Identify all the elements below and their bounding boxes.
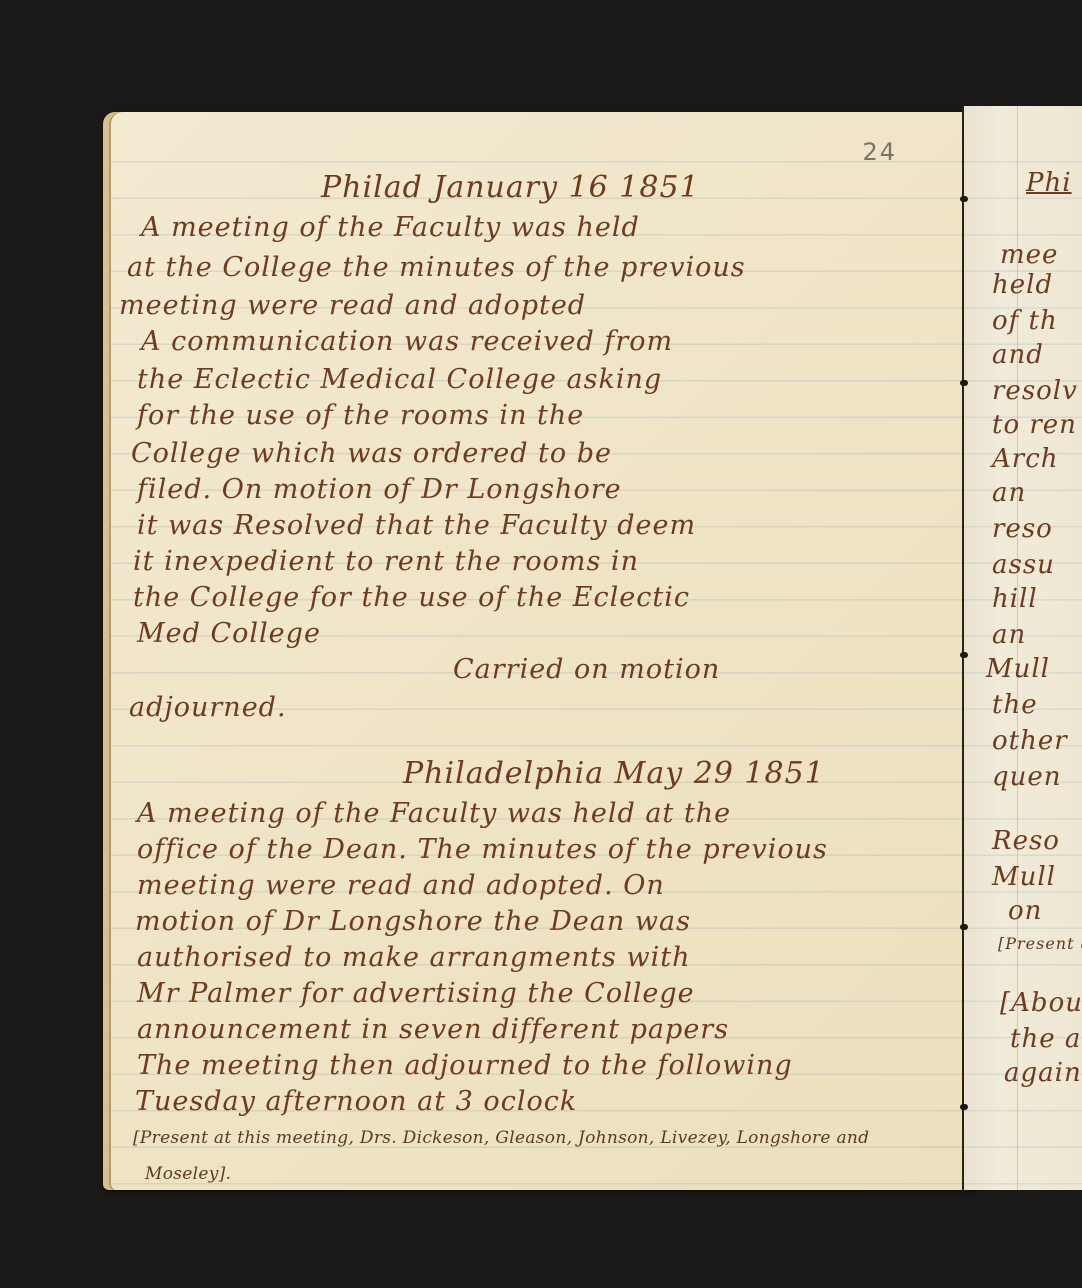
text-line: office of the Dean. The minutes of the p…: [137, 834, 828, 865]
text-fragment: hill: [992, 584, 1038, 614]
text-line: Tuesday afternoon at 3 oclock: [135, 1086, 577, 1117]
text-line: it inexpedient to rent the rooms in: [133, 546, 639, 577]
attendance-note: Moseley].: [145, 1164, 231, 1184]
text-fragment: held: [992, 270, 1053, 300]
binding-hole: [960, 652, 968, 658]
binding-hole: [960, 380, 968, 386]
text-fragment: [About: [1000, 988, 1082, 1018]
text-line: filed. On motion of Dr Longshore: [137, 474, 622, 505]
text-fragment: assu: [992, 550, 1055, 580]
text-fragment: the a: [1010, 1024, 1081, 1054]
text-line: A communication was received from: [141, 326, 673, 357]
text-fragment: on: [1008, 896, 1042, 926]
text-fragment: an: [992, 478, 1026, 508]
text-line: Med College: [137, 618, 321, 649]
text-line: motion of Dr Longshore the Dean was: [135, 906, 691, 937]
text-fragment: other: [992, 726, 1068, 756]
text-line: authorised to make arrangments with: [137, 942, 690, 973]
text-fragment: Mull: [992, 862, 1056, 892]
text-line: meeting were read and adopted. On: [137, 870, 665, 901]
right-page: Phi mee held of th and resolv to ren Arc…: [962, 106, 1082, 1190]
text-fragment: reso: [992, 514, 1053, 544]
text-fragment: quen: [992, 762, 1062, 792]
text-fragment: Reso: [992, 826, 1060, 856]
text-fragment: the: [992, 690, 1038, 720]
binding-hole: [960, 196, 968, 202]
text-line: A meeting of the Faculty was held at the: [137, 798, 731, 829]
text-line: adjourned.: [129, 692, 287, 723]
entry-heading-may-1851: Philadelphia May 29 1851: [403, 756, 825, 791]
right-heading-fragment: Phi: [1026, 168, 1072, 198]
text-line: Carried on motion: [453, 654, 720, 685]
text-fragment: of th: [992, 306, 1058, 336]
text-line: The meeting then adjourned to the follow…: [137, 1050, 793, 1081]
note-fragment: [Present a: [998, 934, 1082, 953]
text-line: the College for the use of the Eclectic: [133, 582, 690, 613]
text-fragment: to ren: [992, 410, 1077, 440]
text-fragment: an: [992, 620, 1026, 650]
text-line: College which was ordered to be: [131, 438, 612, 469]
text-fragment: mee: [1000, 240, 1058, 270]
text-line: the Eclectic Medical College asking: [137, 364, 662, 395]
entry-heading-jan-1851: Philad January 16 1851: [321, 170, 700, 205]
text-line: meeting were read and adopted: [119, 290, 586, 321]
text-line: announcement in seven different papers: [137, 1014, 729, 1045]
text-line: for the use of the rooms in the: [137, 400, 584, 431]
text-line: A meeting of the Faculty was held: [141, 212, 640, 243]
text-line: Mr Palmer for advertising the College: [137, 978, 695, 1009]
text-line: at the College the minutes of the previo…: [127, 252, 746, 283]
attendance-note: [Present at this meeting, Drs. Dickeson,…: [133, 1128, 869, 1148]
text-fragment: Mull: [986, 654, 1050, 684]
left-page: 24 Philad January 16 1851 A meeting of t…: [103, 112, 975, 1190]
page-number: 24: [862, 138, 897, 166]
binding-hole: [960, 924, 968, 930]
text-line: it was Resolved that the Faculty deem: [137, 510, 696, 541]
text-fragment: Arch: [992, 444, 1059, 474]
text-fragment: resolv: [992, 376, 1078, 406]
binding-hole: [960, 1104, 968, 1110]
text-fragment: and: [992, 340, 1044, 370]
text-fragment: again: [1004, 1058, 1082, 1088]
